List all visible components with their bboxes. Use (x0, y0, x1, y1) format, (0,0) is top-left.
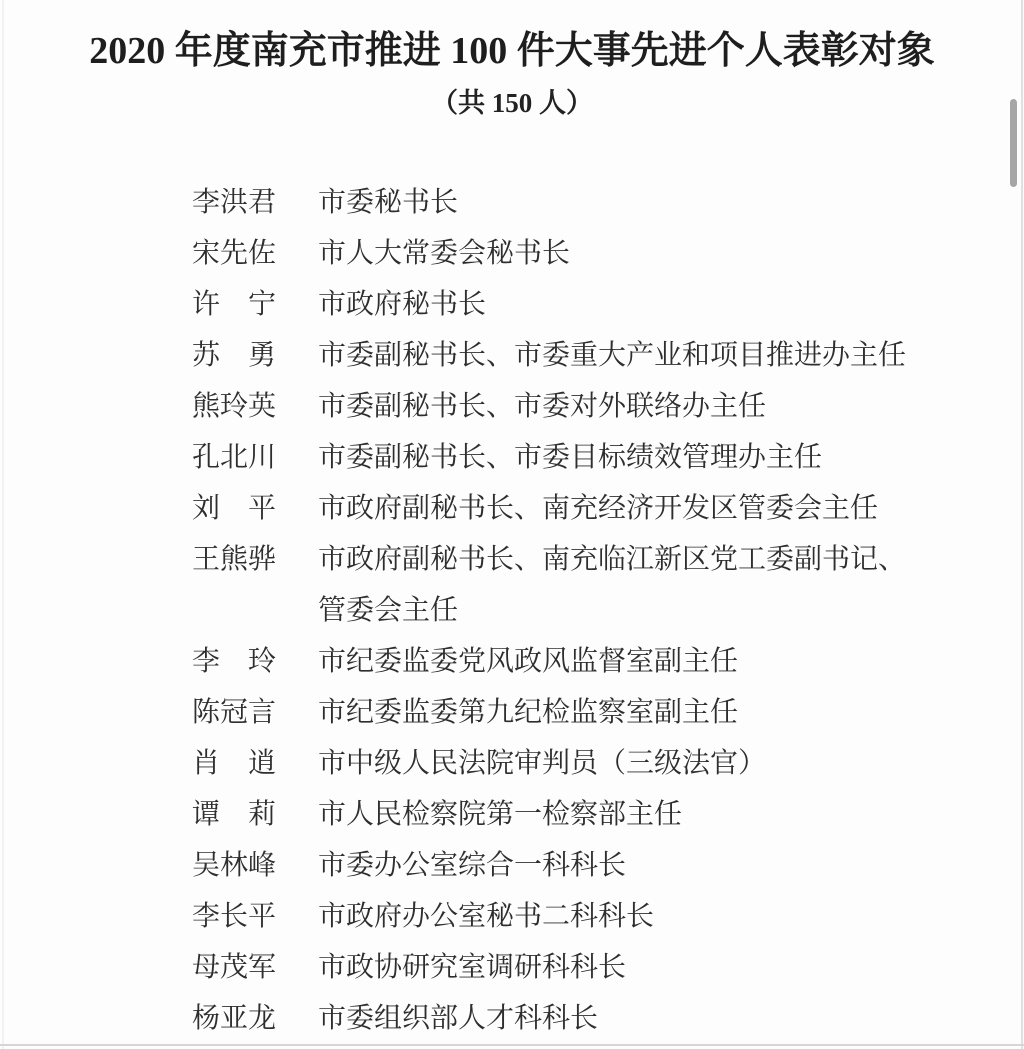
person-title: 市纪委监委党风政风监督室副主任 (318, 636, 738, 687)
list-item: 熊玲英 市委副秘书长、市委对外联络办主任 (192, 381, 932, 432)
list-item: 许 宁 市政府秘书长 (192, 279, 932, 330)
person-title: 市政府副秘书长、南充经济开发区管委会主任 (318, 483, 878, 534)
list-item: 陈冠言 市纪委监委第九纪检监察室副主任 (192, 687, 932, 738)
person-name: 肖 逍 (192, 738, 288, 789)
person-name: 刘 平 (192, 483, 288, 534)
person-title: 市委副秘书长、市委目标绩效管理办主任 (318, 432, 822, 483)
scrollbar-thumb[interactable] (1010, 99, 1017, 187)
person-name: 孔北川 (192, 432, 288, 483)
list-item: 孔北川 市委副秘书长、市委目标绩效管理办主任 (192, 432, 932, 483)
page-edge-bottom (0, 1044, 1024, 1046)
person-name: 李长平 (192, 891, 288, 942)
person-title: 市政协研究室调研科科长 (318, 942, 626, 993)
person-title: 市人民检察院第一检察部主任 (318, 789, 682, 840)
person-title: 市委副秘书长、市委重大产业和项目推进办主任 (318, 330, 906, 381)
person-title: 市委办公室综合一科科长 (318, 840, 626, 891)
page-edge-right (1021, 0, 1023, 1049)
list-item: 李洪君 市委秘书长 (192, 177, 932, 228)
person-title: 市政府办公室秘书二科科长 (318, 891, 654, 942)
list-item: 杨亚龙 市委组织部人才科科长 (192, 993, 932, 1044)
list-item: 苏 勇 市委副秘书长、市委重大产业和项目推进办主任 (192, 330, 932, 381)
person-name: 苏 勇 (192, 330, 288, 381)
person-name: 李洪君 (192, 177, 288, 228)
person-name: 王熊骅 (192, 534, 288, 585)
list-item: 刘 平 市政府副秘书长、南充经济开发区管委会主任 (192, 483, 932, 534)
page-title: 2020 年度南充市推进 100 件大事先进个人表彰对象 (0, 0, 1024, 76)
person-title: 市政府秘书长 (318, 279, 486, 330)
person-title: 市政府副秘书长、南充临江新区党工委副书记、管委会主任 (318, 534, 912, 636)
honoree-list: 李洪君 市委秘书长 宋先佐 市人大常委会秘书长 许 宁 市政府秘书长 苏 勇 市… (192, 177, 932, 1044)
list-item: 王熊骅 市政府副秘书长、南充临江新区党工委副书记、管委会主任 (192, 534, 932, 636)
list-item: 吴林峰 市委办公室综合一科科长 (192, 840, 932, 891)
person-title: 市纪委监委第九纪检监察室副主任 (318, 687, 738, 738)
person-name: 吴林峰 (192, 840, 288, 891)
person-name: 杨亚龙 (192, 993, 288, 1044)
page-subtitle: （共 150 人） (0, 86, 1024, 120)
person-title: 市委副秘书长、市委对外联络办主任 (318, 381, 766, 432)
list-item: 谭 莉 市人民检察院第一检察部主任 (192, 789, 932, 840)
person-title: 市委秘书长 (318, 177, 458, 228)
person-title: 市委组织部人才科科长 (318, 993, 598, 1044)
person-name: 谭 莉 (192, 789, 288, 840)
list-item: 母茂军 市政协研究室调研科科长 (192, 942, 932, 993)
list-item: 肖 逍 市中级人民法院审判员（三级法官） (192, 738, 932, 789)
person-name: 母茂军 (192, 942, 288, 993)
list-item: 李长平 市政府办公室秘书二科科长 (192, 891, 932, 942)
person-name: 陈冠言 (192, 687, 288, 738)
document-page: 2020 年度南充市推进 100 件大事先进个人表彰对象 （共 150 人） 李… (0, 0, 1024, 1049)
list-item: 李 玲 市纪委监委党风政风监督室副主任 (192, 636, 932, 687)
person-title: 市人大常委会秘书长 (318, 228, 570, 279)
person-title: 市中级人民法院审判员（三级法官） (318, 738, 766, 789)
person-name: 宋先佐 (192, 228, 288, 279)
person-name: 许 宁 (192, 279, 288, 330)
page-edge-left (2, 0, 4, 1049)
list-item: 宋先佐 市人大常委会秘书长 (192, 228, 932, 279)
person-name: 熊玲英 (192, 381, 288, 432)
person-name: 李 玲 (192, 636, 288, 687)
